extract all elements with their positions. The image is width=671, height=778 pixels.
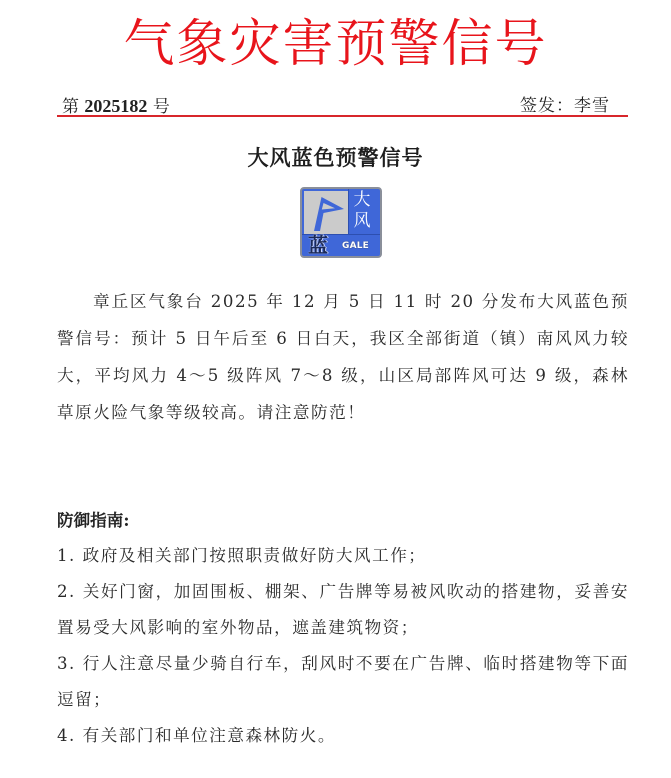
header-divider — [57, 115, 628, 117]
signal-label-en: GALE — [342, 241, 369, 251]
doc-number-prefix: 第 — [62, 97, 79, 117]
gale-blue-signal-icon: 大 风 蓝 GALE — [300, 187, 382, 258]
warning-paragraph: 章丘区气象台 2025 年 12 月 5 日 11 时 20 分发布大风蓝色预警… — [57, 283, 629, 431]
signal-level-char: 蓝 — [304, 234, 332, 256]
list-item: 3. 行人注意尽量少骑自行车，刮风时不要在广告牌、临时搭建物等下面逗留； — [57, 646, 629, 718]
list-item: 4. 有关部门和单位注意森林防火。 — [57, 718, 629, 754]
document-title: 气象灾害预警信号 — [0, 14, 671, 76]
list-item: 1. 政府及相关部门按照职责做好防大风工作； — [57, 538, 629, 574]
list-item: 2. 关好门窗，加固围板、棚架、广告牌等易被风吹动的搭建物，妥善安置易受大风影响… — [57, 574, 629, 646]
signal-title: 大风蓝色预警信号 — [0, 144, 671, 172]
signal-icon-char: 风 — [348, 211, 376, 231]
signal-icon-char: 大 — [348, 190, 376, 210]
signer: 签发：李雪 — [520, 95, 610, 117]
doc-number-value: 2025182 — [84, 96, 147, 116]
doc-number-suffix: 号 — [153, 97, 170, 117]
defense-guide-title: 防御指南: — [57, 505, 130, 535]
signal-icon-gray-panel — [304, 191, 348, 234]
defense-guide-list: 1. 政府及相关部门按照职责做好防大风工作； 2. 关好门窗，加固围板、棚架、广… — [57, 538, 629, 754]
wind-flag-icon — [304, 191, 348, 234]
